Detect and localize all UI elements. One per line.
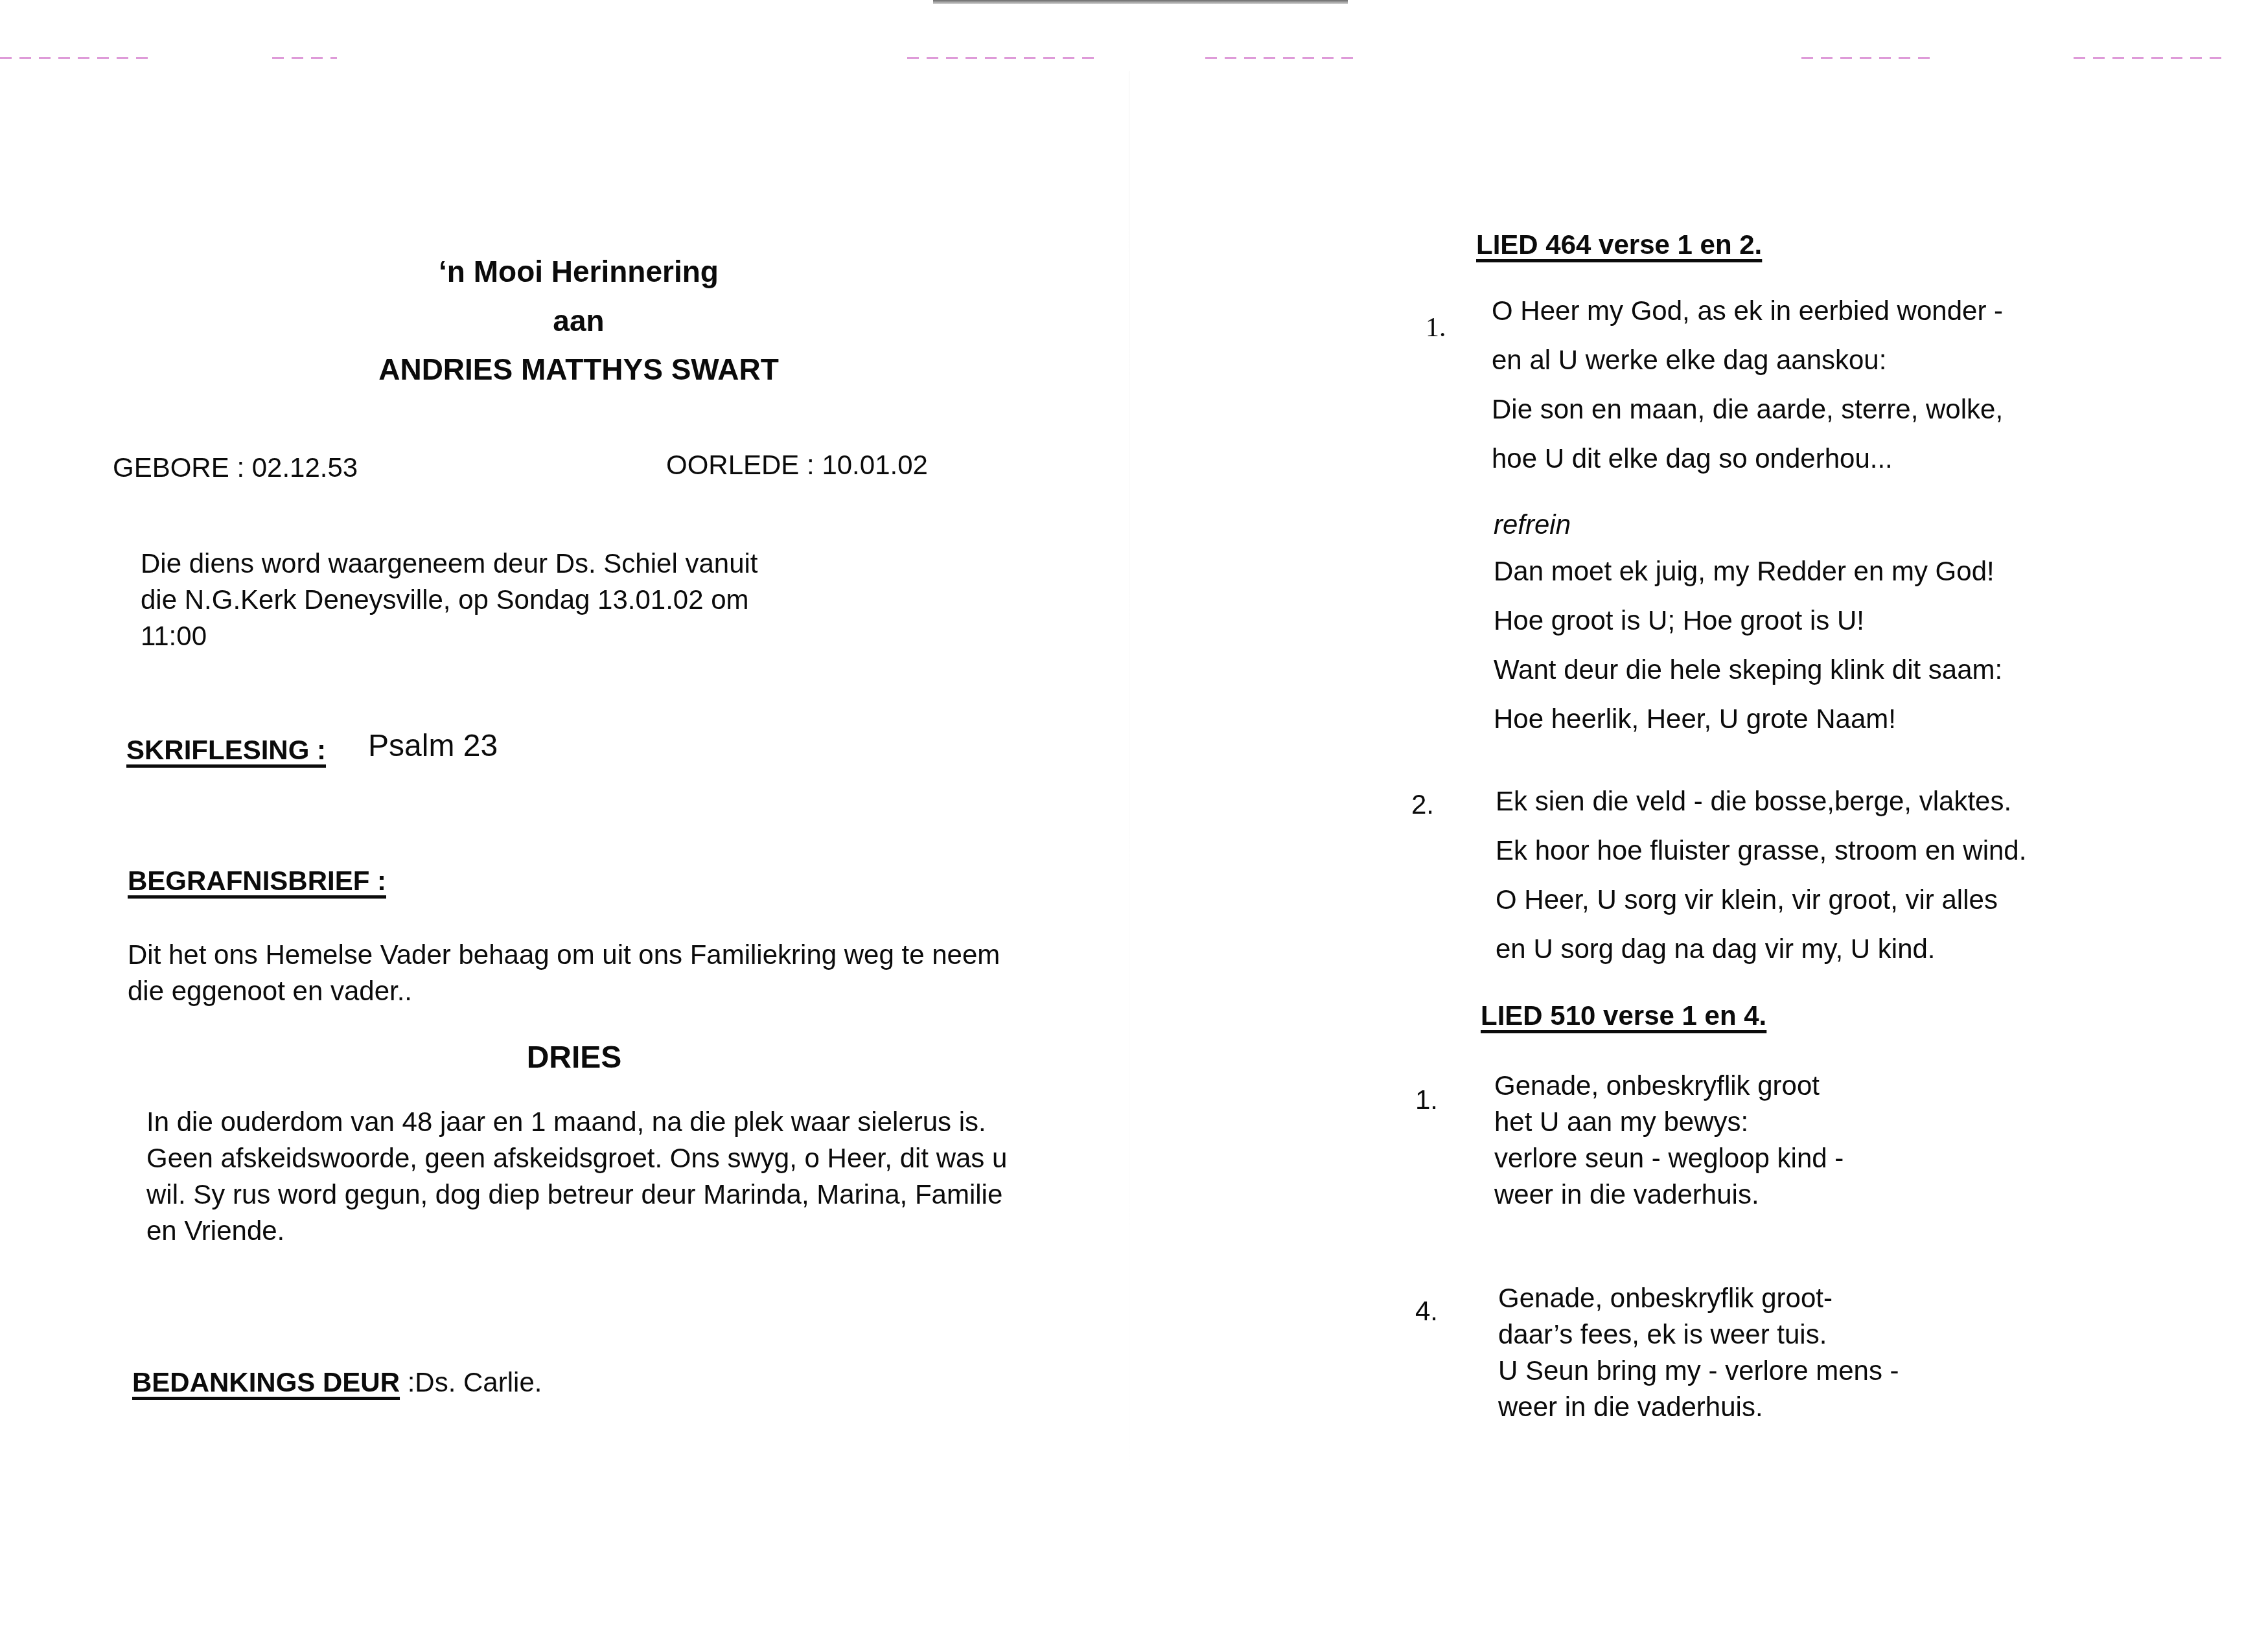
letter-intro: Dit het ons Hemelse Vader behaag om uit … [128, 937, 1000, 1009]
lyric-line: weer in die vaderhuis. [1494, 1179, 1844, 1215]
lyric-line: Hoe heerlik, Heer, U grote Naam! [1494, 704, 2002, 753]
letter-heading: BEGRAFNISBRIEF : [128, 866, 386, 897]
deceased-name: ANDRIES MATTHYS SWART [378, 352, 779, 387]
hymn-510-verse-1: Genade, onbeskryflik groot het U aan my … [1494, 1070, 1844, 1215]
lyric-line: U Seun bring my - verlore mens - [1498, 1355, 1899, 1392]
letter-intro-line: Dit het ons Hemelse Vader behaag om uit … [128, 937, 1000, 973]
lyric-line: O Heer, U sorg vir klein, vir groot, vir… [1496, 884, 2026, 934]
lyric-line: Ek sien die veld - die bosse,berge, vlak… [1496, 786, 2026, 835]
lyric-line: daar’s fees, ek is weer tuis. [1498, 1319, 1899, 1355]
scan-artifact-line [2074, 57, 2229, 59]
hymn-464-verse-1: O Heer my God, as ek in eerbied wonder -… [1492, 295, 2003, 492]
letter-body-line: Geen afskeidswoorde, geen afskeidsgroet.… [146, 1140, 1007, 1176]
lyric-line: Ek hoor hoe fluister grasse, stroom en w… [1496, 835, 2026, 884]
birth-date: GEBORE : 02.12.53 [113, 452, 358, 483]
hymn-510-verse-4: Genade, onbeskryflik groot- daar’s fees,… [1498, 1283, 1899, 1428]
lyric-line: hoe U dit elke dag so onderhou... [1492, 443, 2003, 492]
thanks-line: BEDANKINGS DEUR :Ds. Carlie. [132, 1367, 542, 1398]
lyric-line: Dan moet ek juig, my Redder en my God! [1494, 556, 2002, 605]
hymn-464-verse-2: Ek sien die veld - die bosse,berge, vlak… [1496, 786, 2026, 983]
letter-body-line: wil. Sy rus word gegun, dog diep betreur… [146, 1176, 1007, 1213]
refrain-label: refrein [1494, 509, 1571, 540]
scan-edge-shadow [933, 0, 1348, 4]
lyric-line: Genade, onbeskryflik groot [1494, 1070, 1844, 1107]
verse-number: 2. [1411, 789, 1434, 820]
hymn-464-heading: LIED 464 verse 1 en 2. [1476, 229, 1762, 260]
lyric-line: O Heer my God, as ek in eerbied wonder - [1492, 295, 2003, 345]
memorial-title: ‘n Mooi Herinnering [439, 254, 719, 289]
lyric-line: en U sorg dag na dag vir my, U kind. [1496, 934, 2026, 983]
thanks-value: :Ds. Carlie. [400, 1367, 542, 1397]
lyric-line: Hoe groot is U; Hoe groot is U! [1494, 605, 2002, 654]
lyric-line: Want deur die hele skeping klink dit saa… [1494, 654, 2002, 704]
scan-artifact-line [1205, 57, 1354, 59]
letter-body-line: en Vriende. [146, 1213, 1007, 1249]
verse-number: 4. [1415, 1296, 1438, 1327]
service-details: Die diens word waargeneem deur Ds. Schie… [141, 545, 758, 654]
lyric-line: verlore seun - wegloop kind - [1494, 1143, 1844, 1179]
scripture-value: Psalm 23 [368, 728, 498, 764]
nickname: DRIES [527, 1040, 622, 1075]
scan-artifact-line [272, 57, 337, 59]
service-line: 11:00 [141, 618, 758, 654]
service-line: die N.G.Kerk Deneysville, op Sondag 13.0… [141, 582, 758, 618]
verse-number: 1. [1415, 1084, 1438, 1116]
letter-body: In die ouderdom van 48 jaar en 1 maand, … [146, 1104, 1007, 1249]
lyric-line: Die son en maan, die aarde, sterre, wolk… [1492, 394, 2003, 443]
lyric-line: Genade, onbeskryflik groot- [1498, 1283, 1899, 1319]
scripture-label: SKRIFLESING : [126, 735, 326, 766]
memorial-title-aan: aan [553, 303, 604, 338]
death-date: OORLEDE : 10.01.02 [666, 450, 928, 481]
hymn-510-heading: LIED 510 verse 1 en 4. [1481, 1000, 1766, 1031]
lyric-line: weer in die vaderhuis. [1498, 1392, 1899, 1428]
thanks-label: BEDANKINGS DEUR [132, 1367, 400, 1397]
letter-body-line: In die ouderdom van 48 jaar en 1 maand, … [146, 1104, 1007, 1140]
verse-number: 1. [1426, 312, 1446, 343]
scan-artifact-line [907, 57, 1102, 59]
letter-intro-line: die eggenoot en vader.. [128, 973, 1000, 1009]
scan-artifact-line [1801, 57, 1937, 59]
scan-artifact-line [0, 57, 149, 59]
service-line: Die diens word waargeneem deur Ds. Schie… [141, 545, 758, 582]
lyric-line: en al U werke elke dag aanskou: [1492, 345, 2003, 394]
hymn-464-refrain: Dan moet ek juig, my Redder en my God! H… [1494, 556, 2002, 753]
page-fold [1129, 71, 1129, 1652]
lyric-line: het U aan my bewys: [1494, 1107, 1844, 1143]
